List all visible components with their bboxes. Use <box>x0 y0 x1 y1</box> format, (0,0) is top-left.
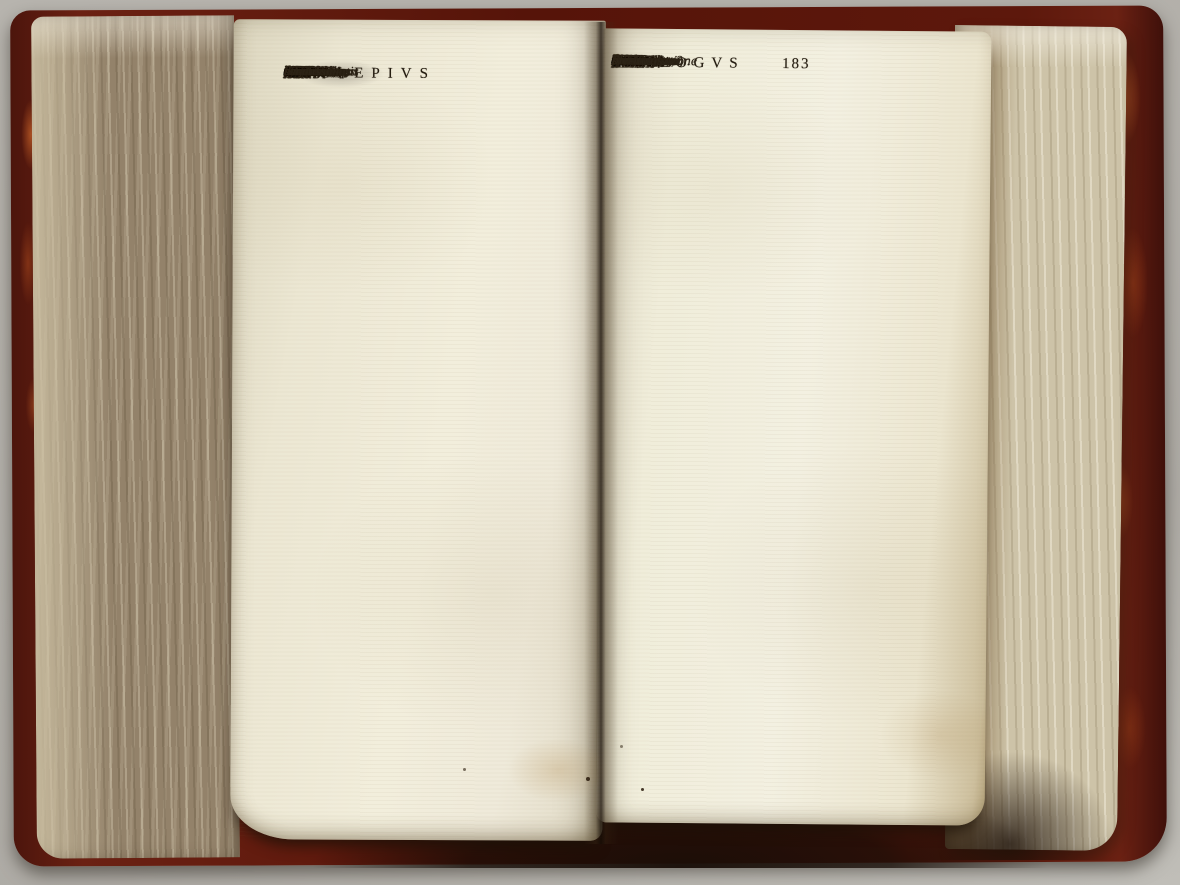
ink-speck <box>463 768 466 771</box>
book-photograph: ASCLEPIVS atq;expediretractatum.Quaresci… <box>0 0 1180 885</box>
word: sanctissimus <box>284 63 351 79</box>
book-gutter-shadow <box>584 22 618 844</box>
ink-speck <box>641 788 644 791</box>
paper-stain <box>508 738 608 802</box>
word: ple- <box>612 52 634 68</box>
text-line: tis.Deuitiosisueronihildicendumest,nesan… <box>284 63 598 87</box>
ink-speck <box>620 745 623 748</box>
ink-speck <box>586 777 590 781</box>
left-page-paper-texture <box>230 19 606 841</box>
page-block-fore-edge-left <box>31 15 240 858</box>
text-line: tuipsediffidas,statuasanimatassensu,&spi… <box>612 52 952 77</box>
paper-stain <box>880 690 1000 780</box>
